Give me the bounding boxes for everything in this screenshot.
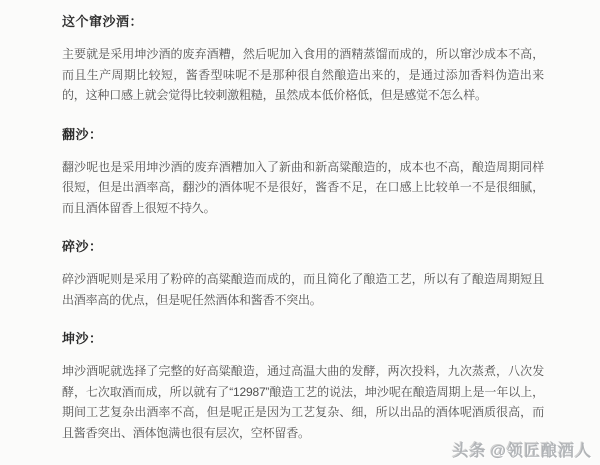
- section-body-cuansha: 主要就是采用坤沙酒的废弃酒糟，然后呢加入食用的酒精蒸馏而成的，所以窜沙成本不高，…: [62, 44, 544, 106]
- toutiao-watermark-platform: 头条: [452, 443, 486, 460]
- article-page: 这个窜沙酒： 主要就是采用坤沙酒的废弃酒糟，然后呢加入食用的酒精蒸馏而成的，所以…: [0, 0, 600, 465]
- toutiao-watermark: 头条@领匠酿酒人: [452, 438, 592, 461]
- article-content: 这个窜沙酒： 主要就是采用坤沙酒的废弃酒糟，然后呢加入食用的酒精蒸馏而成的，所以…: [0, 0, 600, 443]
- section-heading-kunsha: 坤沙：: [62, 330, 544, 348]
- section-fansha: 翻沙： 翻沙呢也是采用坤沙酒的废弃酒糟加入了新曲和新高粱酿造的，成本也不高，酿造…: [62, 126, 544, 219]
- toutiao-watermark-handle: @领匠酿酒人: [490, 443, 592, 460]
- section-body-suisha: 碎沙酒呢则是采用了粉碎的高粱酿造而成的，而且简化了酿造工艺，所以有了酿造周期短且…: [62, 269, 544, 310]
- section-body-kunsha: 坤沙酒呢就选择了完整的好高粱酿造，通过高温大曲的发酵，两次投料，九次蒸煮，八次发…: [62, 361, 544, 443]
- section-heading-suisha: 碎沙：: [62, 238, 544, 256]
- section-heading-cuansha: 这个窜沙酒：: [62, 13, 544, 31]
- section-kunsha: 坤沙： 坤沙酒呢就选择了完整的好高粱酿造，通过高温大曲的发酵，两次投料，九次蒸煮…: [62, 330, 544, 443]
- section-body-fansha: 翻沙呢也是采用坤沙酒的废弃酒糟加入了新曲和新高粱酿造的，成本也不高，酿造周期同样…: [62, 157, 544, 219]
- section-heading-fansha: 翻沙：: [62, 126, 544, 144]
- section-cuansha: 这个窜沙酒： 主要就是采用坤沙酒的废弃酒糟，然后呢加入食用的酒精蒸馏而成的，所以…: [62, 13, 544, 106]
- section-suisha: 碎沙： 碎沙酒呢则是采用了粉碎的高粱酿造而成的，而且简化了酿造工艺，所以有了酿造…: [62, 238, 544, 310]
